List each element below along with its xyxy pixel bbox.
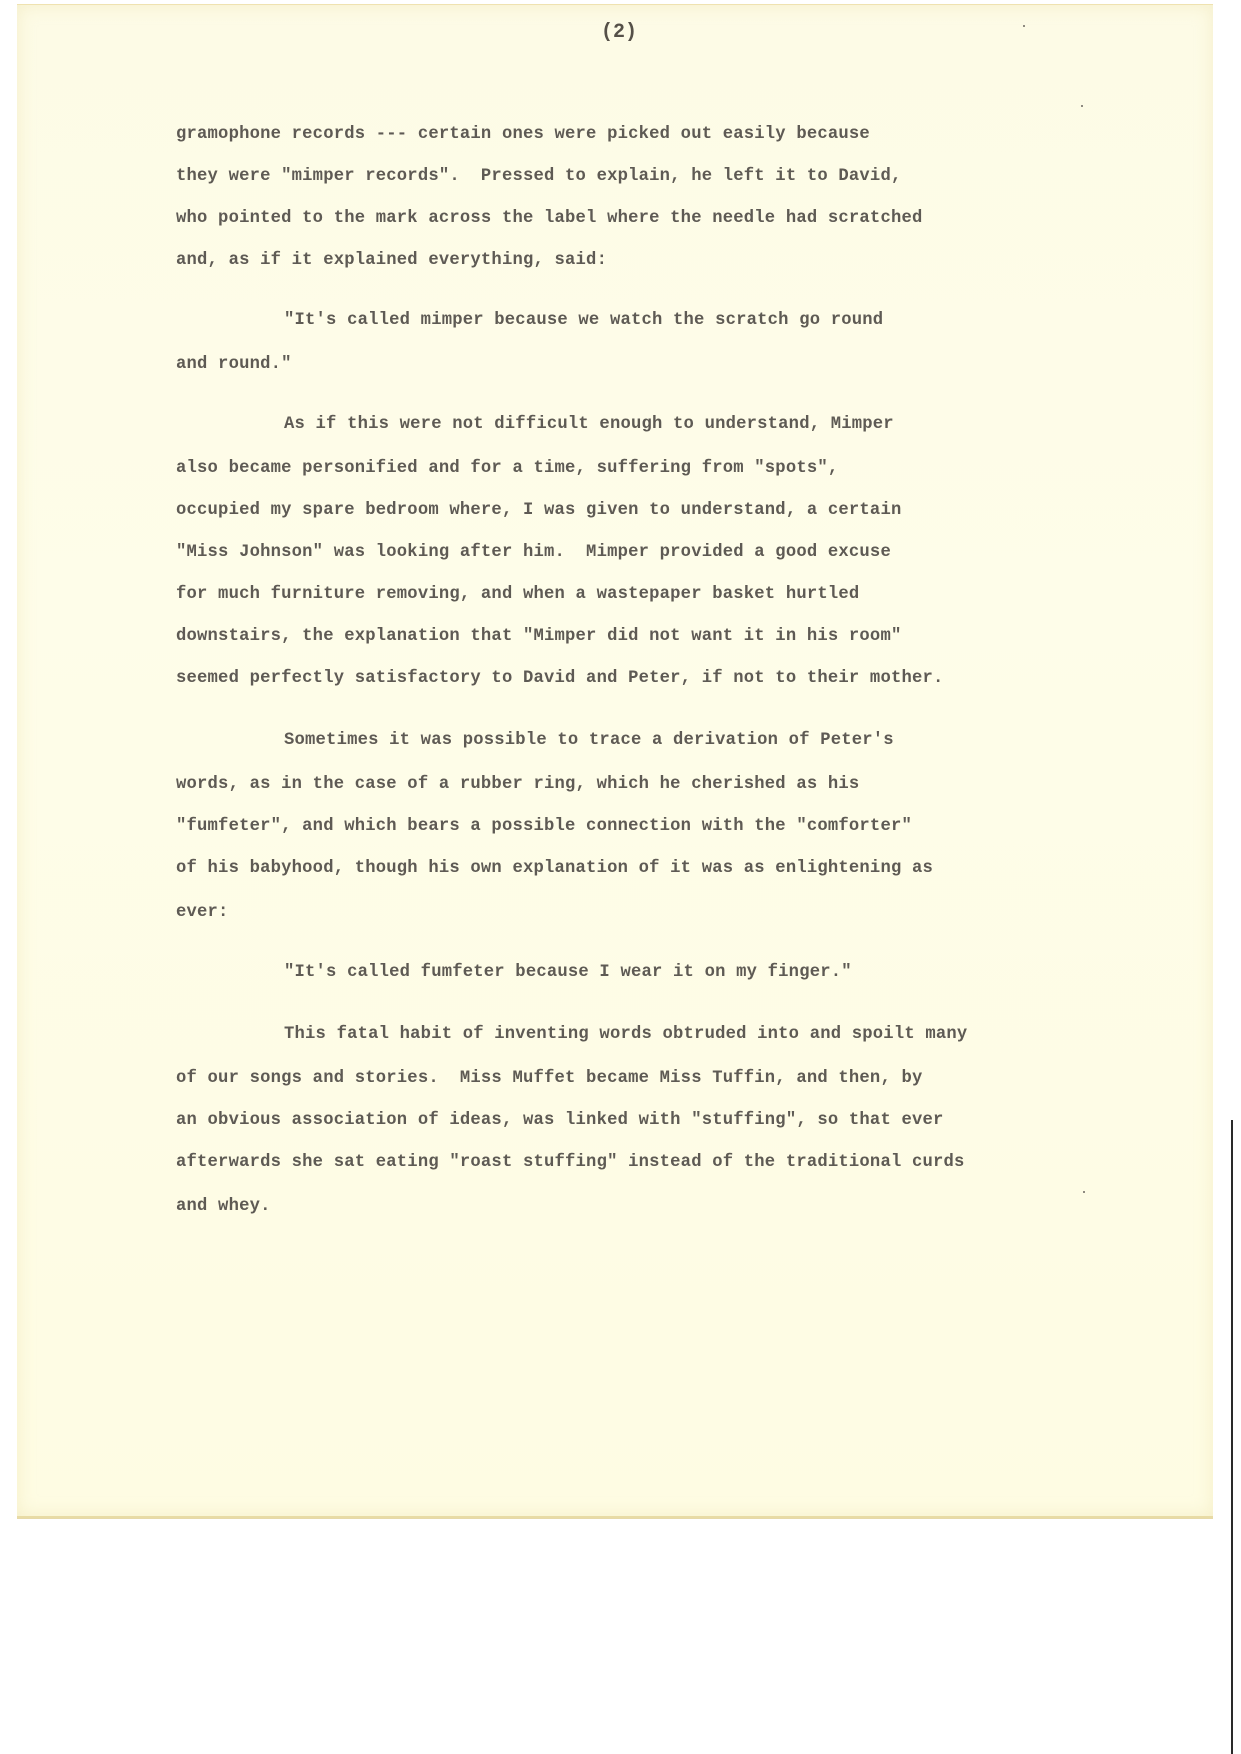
text-line: "Miss Johnson" was looking after him. Mi… xyxy=(176,542,891,564)
paragraph-start-line: Sometimes it was possible to trace a der… xyxy=(284,730,894,752)
paper-speck xyxy=(1081,105,1083,107)
text-line: an obvious association of ideas, was lin… xyxy=(176,1110,944,1132)
text-line: who pointed to the mark across the label… xyxy=(176,208,923,230)
text-line: downstairs, the explanation that "Mimper… xyxy=(176,626,901,648)
text-line: "fumfeter", and which bears a possible c… xyxy=(176,816,912,838)
page-number: (2) xyxy=(17,21,1213,44)
text-line: also became personified and for a time, … xyxy=(176,458,838,480)
typewritten-page: (2) xyxy=(17,4,1213,1518)
text-line: and, as if it explained everything, said… xyxy=(176,250,607,272)
paragraph-start-line: This fatal habit of inventing words obtr… xyxy=(284,1024,967,1046)
quote-line: "It's called fumfeter because I wear it … xyxy=(284,962,852,984)
text-line: they were "mimper records". Pressed to e… xyxy=(176,166,901,188)
text-line: afterwards she sat eating "roast stuffin… xyxy=(176,1152,965,1174)
text-line: occupied my spare bedroom where, I was g… xyxy=(176,500,901,522)
text-line: seemed perfectly satisfactory to David a… xyxy=(176,668,944,690)
text-line: of our songs and stories. Miss Muffet be… xyxy=(176,1068,923,1090)
text-line: gramophone records --- certain ones were… xyxy=(176,124,870,146)
text-line: and whey. xyxy=(176,1196,271,1218)
text-line: and round." xyxy=(176,354,292,376)
paper-speck xyxy=(1023,25,1025,27)
paragraph-start-line: As if this were not difficult enough to … xyxy=(284,414,894,436)
text-line: for much furniture removing, and when a … xyxy=(176,584,859,606)
text-line: of his babyhood, though his own explanat… xyxy=(176,858,933,880)
text-line: ever: xyxy=(176,902,229,924)
text-line: words, as in the case of a rubber ring, … xyxy=(176,774,859,796)
quote-line: "It's called mimper because we watch the… xyxy=(284,310,883,332)
scan-edge-line xyxy=(1231,1120,1233,1754)
paper-speck xyxy=(1083,1191,1085,1193)
